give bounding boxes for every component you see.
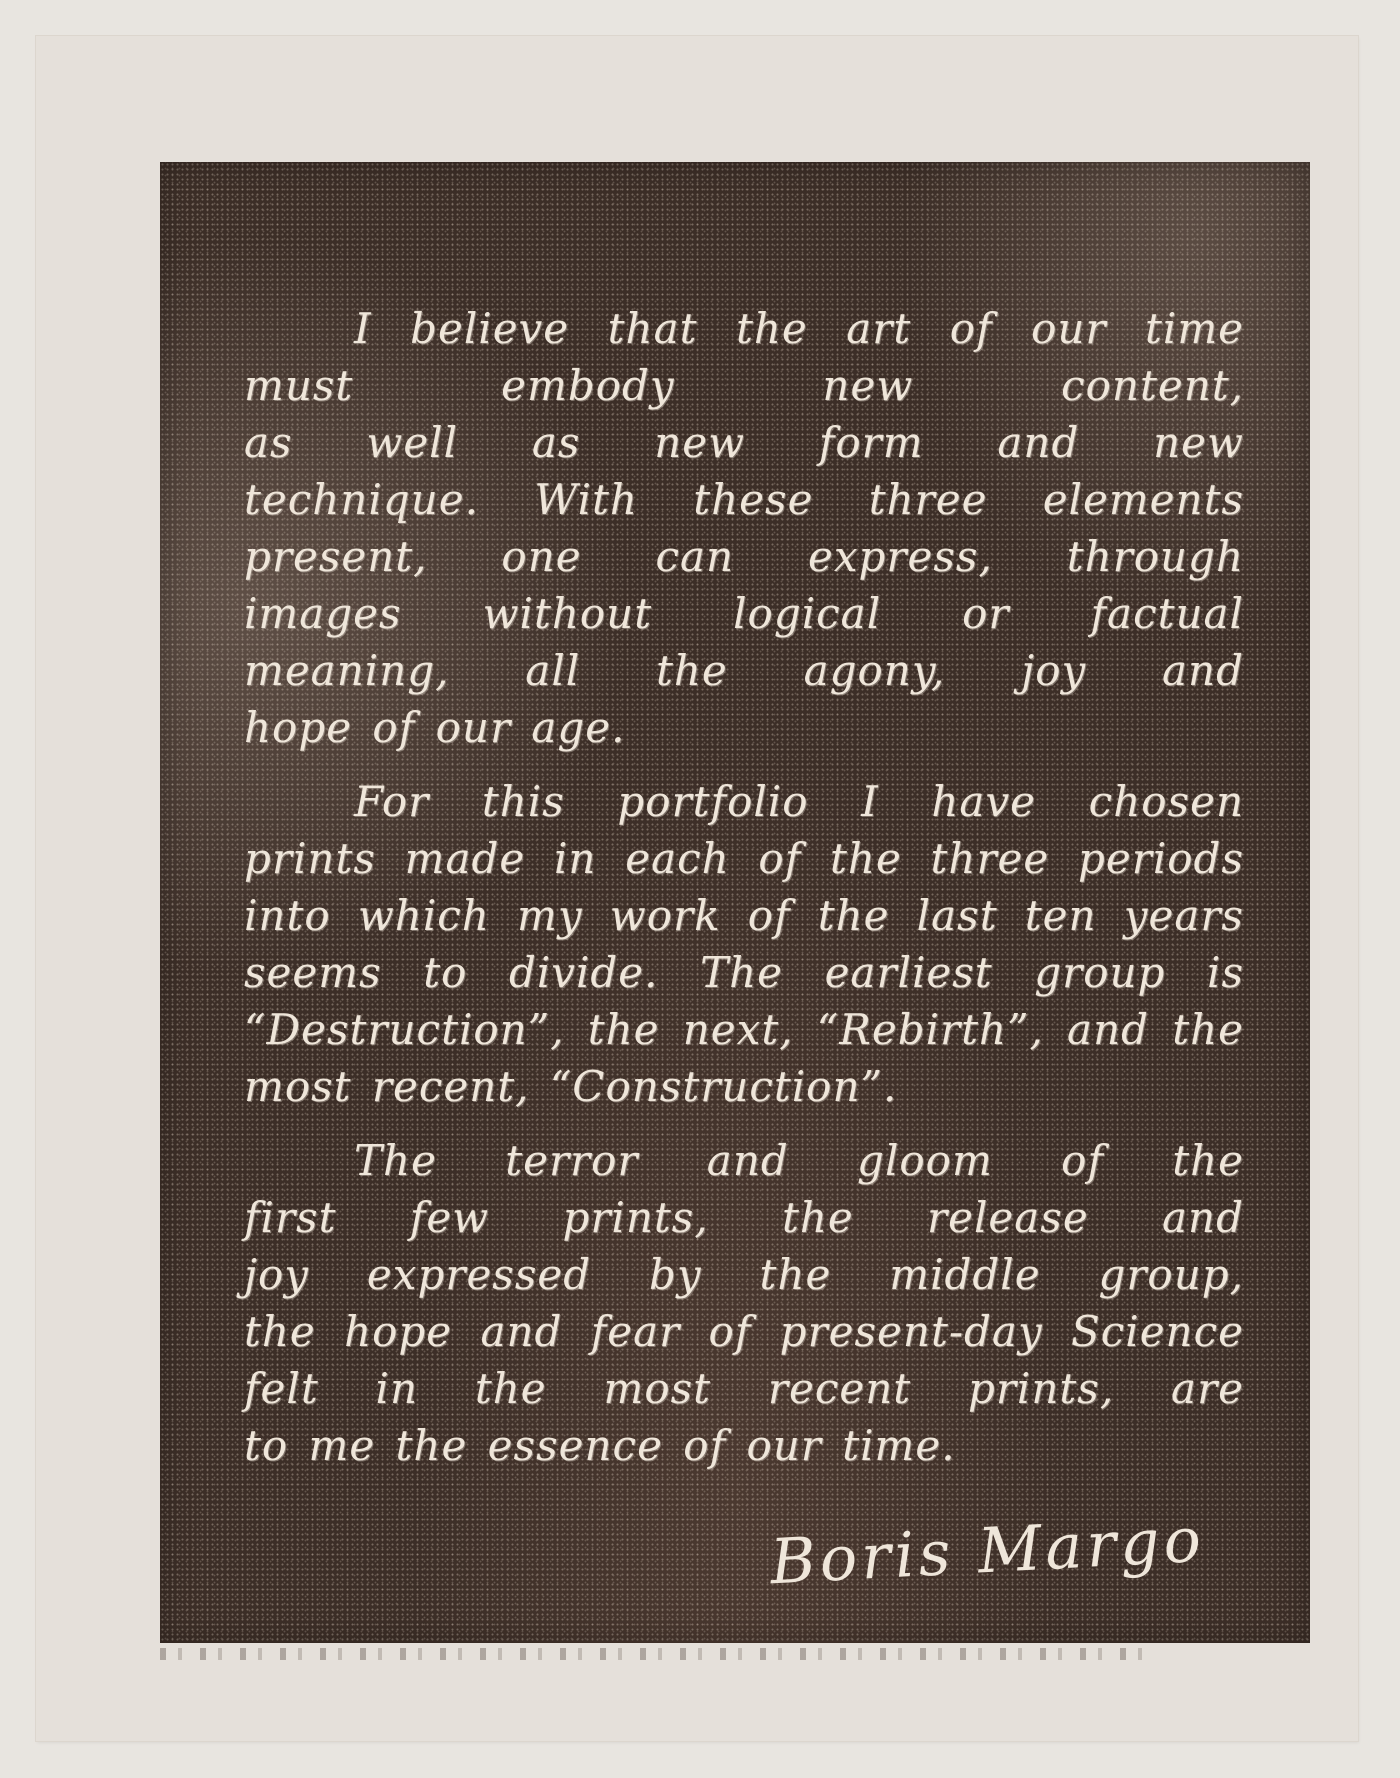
text-line: technique. With these three elements (244, 471, 1244, 528)
text-line: must embody new content, (244, 357, 1244, 414)
paragraph-2: For this portfolio I have chosen prints … (244, 773, 1244, 1115)
text-line: hope of our age. (244, 699, 1244, 756)
text-line: felt in the most recent prints, are (244, 1360, 1244, 1417)
text-line: For this portfolio I have chosen (244, 773, 1244, 830)
text-line: “Destruction”, the next, “Rebirth”, and … (244, 1001, 1244, 1058)
text-line: the hope and fear of present-day Science (244, 1303, 1244, 1360)
handwritten-statement: I believe that the art of our time must … (244, 300, 1244, 1474)
text-line: images without logical or factual (244, 585, 1244, 642)
text-line: present, one can express, through (244, 528, 1244, 585)
paper-sheet: I believe that the art of our time must … (36, 36, 1358, 1741)
text-line: first few prints, the release and (244, 1189, 1244, 1246)
text-line: I believe that the art of our time (244, 300, 1244, 357)
paragraph-1: I believe that the art of our time must … (244, 300, 1244, 756)
text-line: most recent, “Construction”. (244, 1058, 1244, 1115)
artist-signature: Boris Margo (768, 1503, 1206, 1599)
text-line: The terror and gloom of the (244, 1132, 1244, 1189)
text-line: prints made in each of the three periods (244, 830, 1244, 887)
text-line: to me the essence of our time. (244, 1417, 1244, 1474)
text-line: joy expressed by the middle group, (244, 1246, 1244, 1303)
printed-plate: I believe that the art of our time must … (160, 162, 1310, 1643)
text-line: seems to divide. The earliest group is (244, 944, 1244, 1001)
text-line: into which my work of the last ten years (244, 887, 1244, 944)
paragraph-3: The terror and gloom of the first few pr… (244, 1132, 1244, 1474)
text-line: as well as new form and new (244, 414, 1244, 471)
text-line: meaning, all the agony, joy and (244, 642, 1244, 699)
ink-bleed-marks (160, 1648, 1160, 1660)
